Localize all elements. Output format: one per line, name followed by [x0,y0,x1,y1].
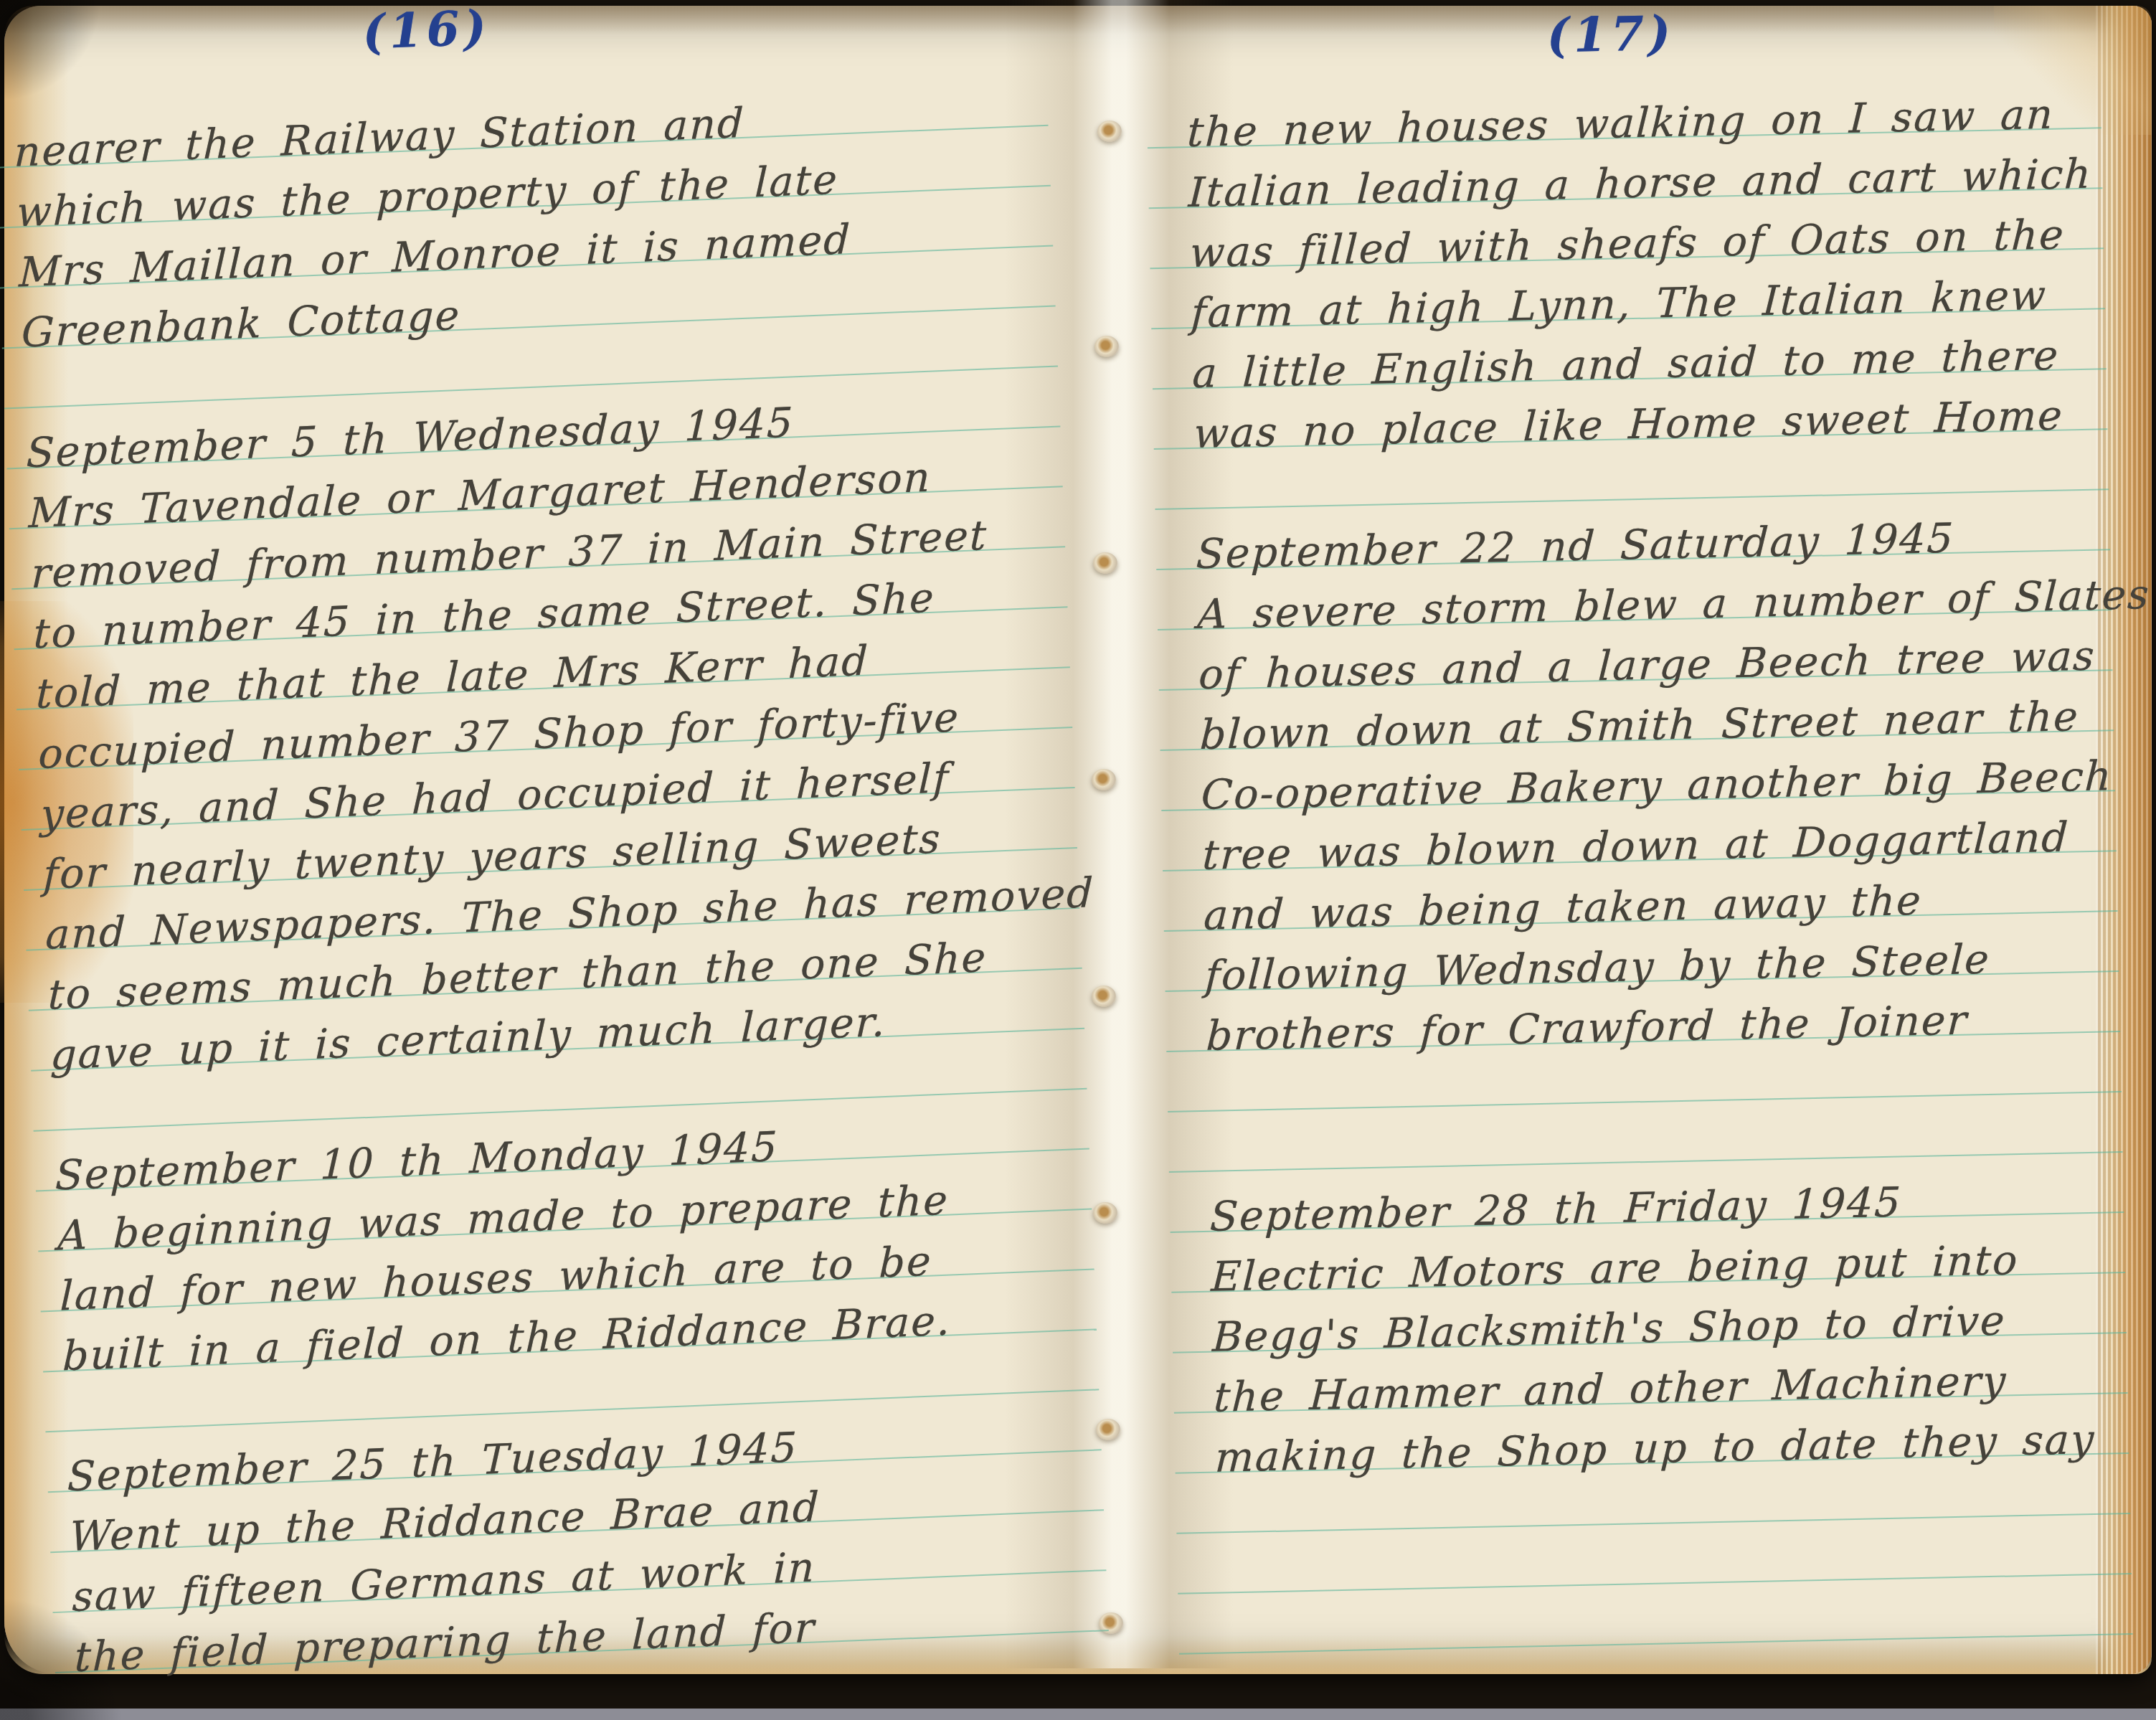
stitch-hole [1092,986,1116,1007]
stitch-hole [1093,1202,1117,1224]
page-16-text: nearer the Railway Station andwhich was … [0,66,1109,1673]
page-17: (17) the new houses walking on I saw anI… [1162,0,2116,1668]
stitch-hole [1094,336,1119,357]
stitch-hole [1093,552,1117,574]
page-number-left: (16) [361,0,491,60]
page-number-right: (17) [1546,5,1675,64]
stitch-hole [1097,121,1122,142]
diary-photo: (16) nearer the Railway Station andwhich… [0,0,2156,1720]
stitch-hole [1092,769,1116,790]
table-surface [0,1709,2156,1720]
ruled-text-line: the new houses walking on I saw an [1146,68,2101,148]
page-17-text: the new houses walking on I saw anItalia… [1146,68,2132,1654]
page-16: (16) nearer the Railway Station andwhich… [22,0,1076,1668]
